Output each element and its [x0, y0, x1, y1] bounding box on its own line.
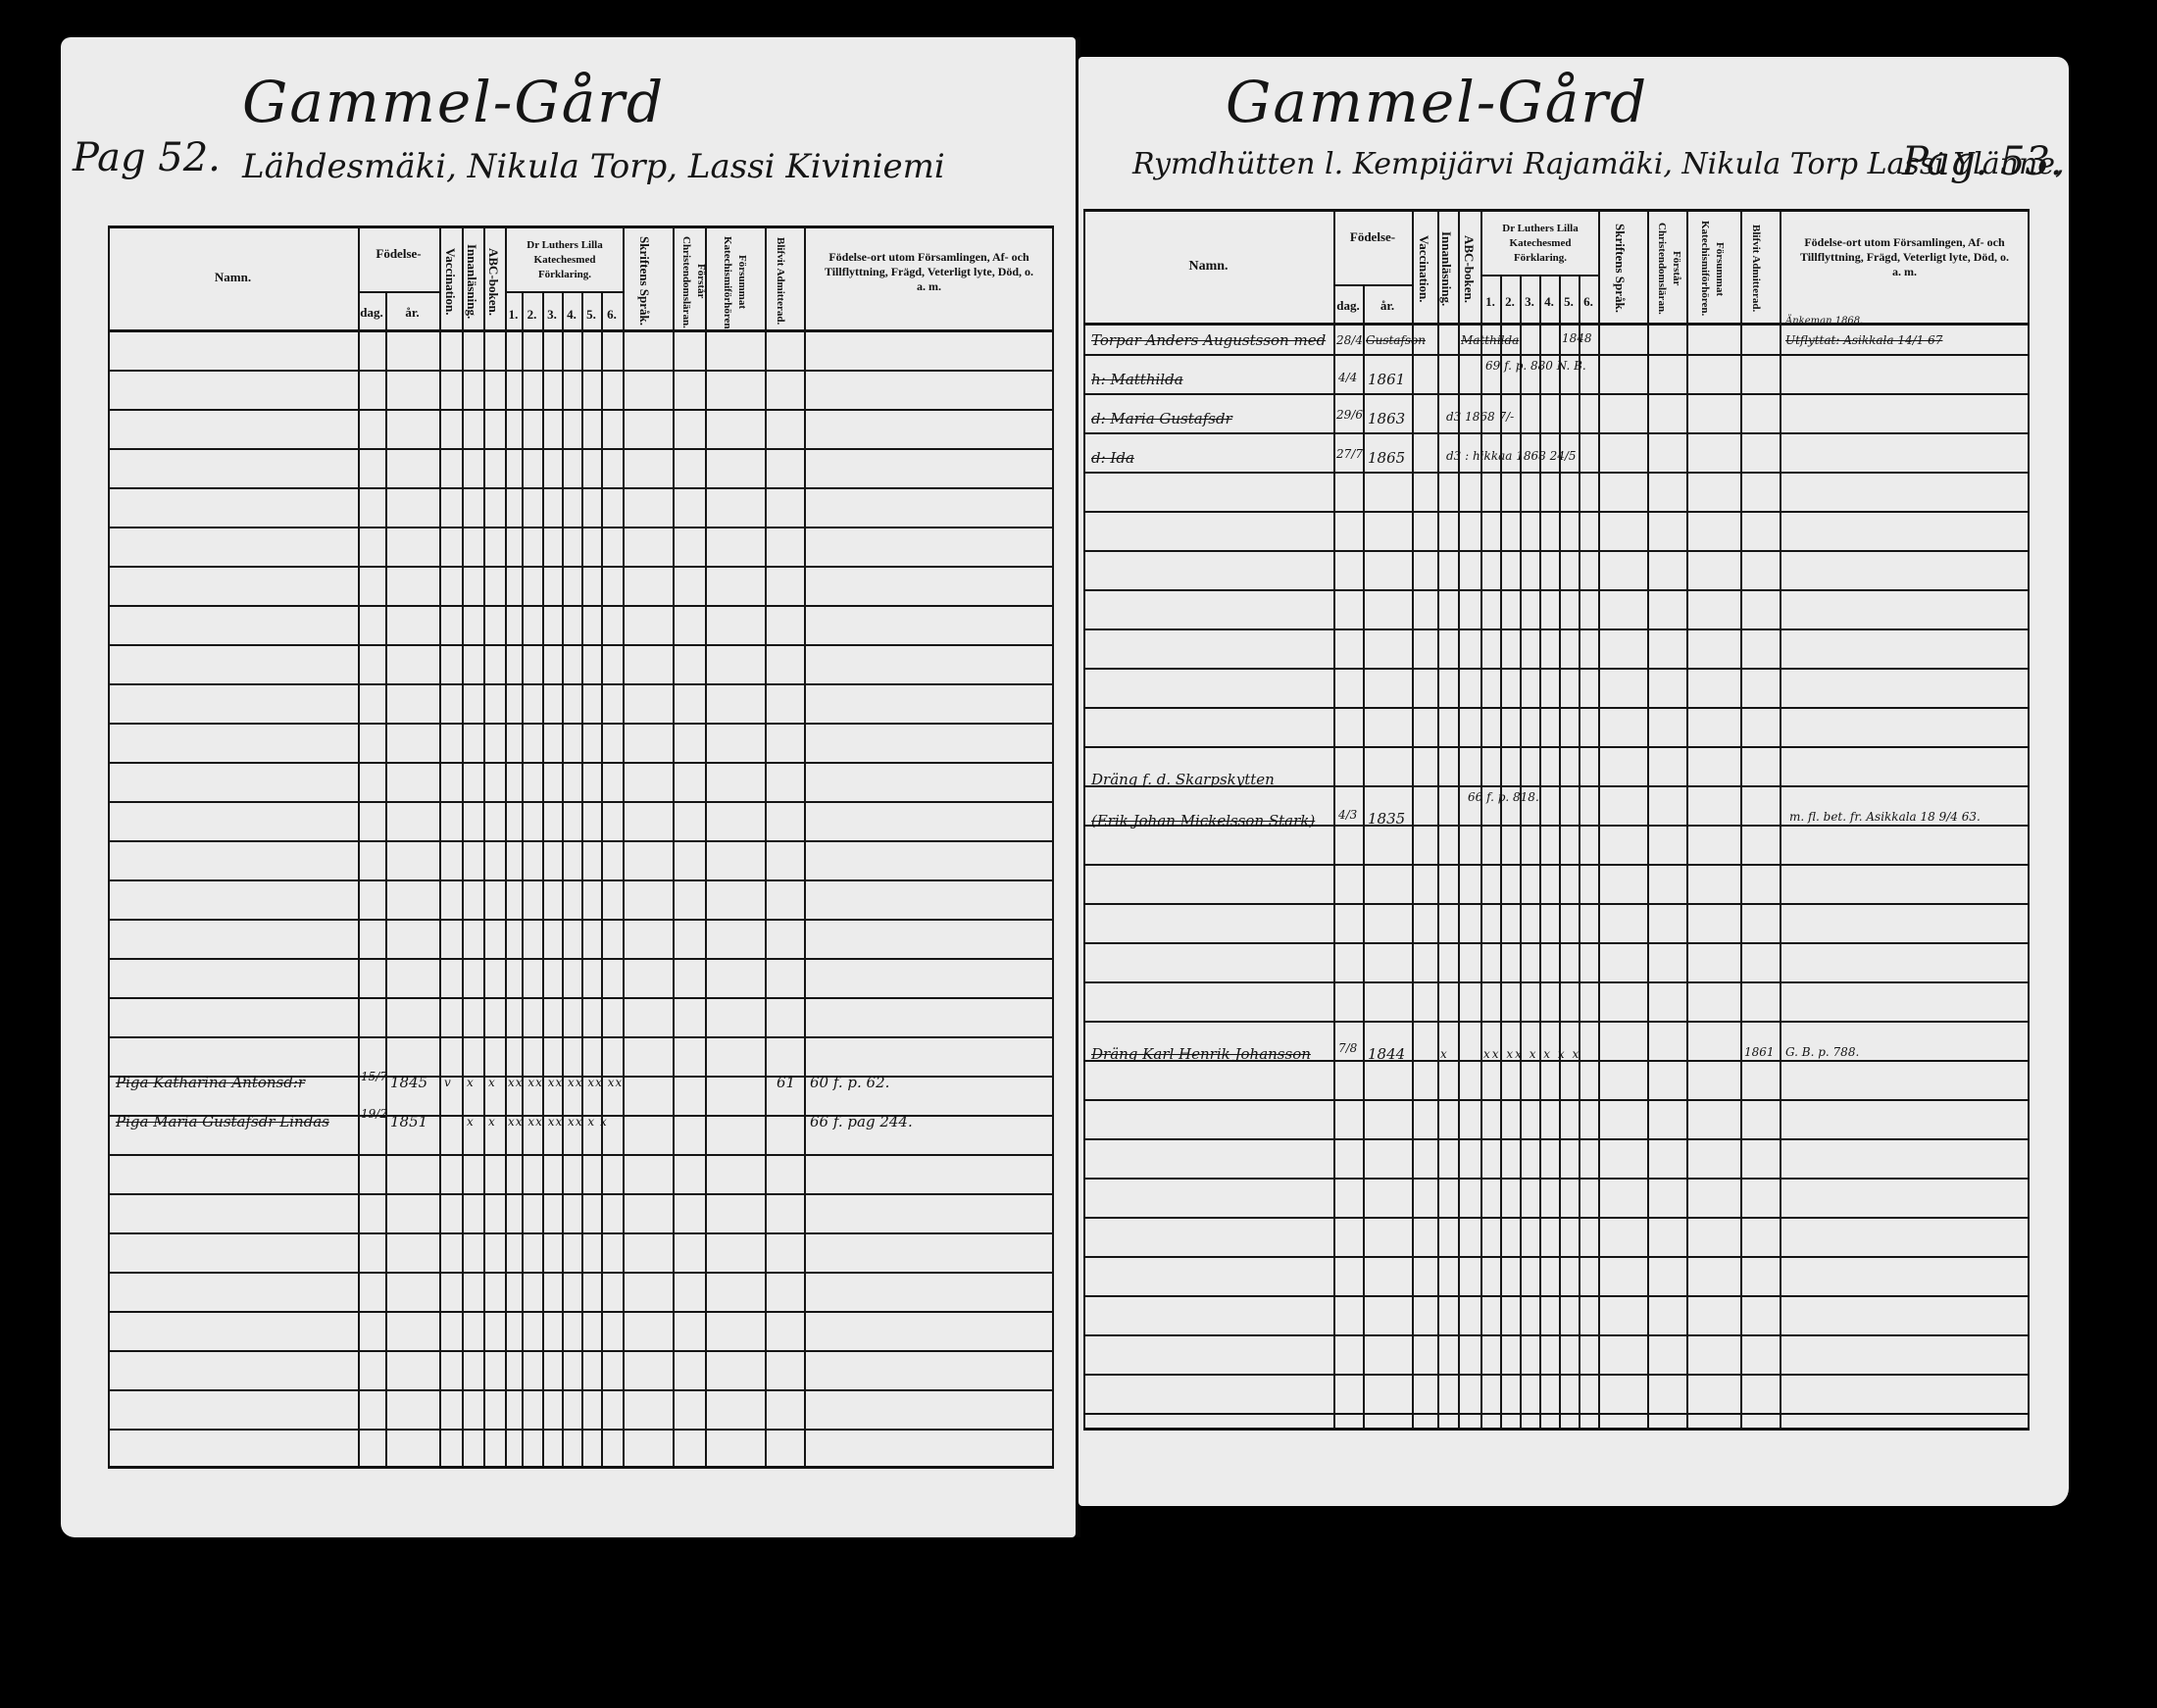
header-namn: Namn. — [1083, 259, 1333, 274]
header-forsar: Förstår Christendomsläran. — [678, 236, 708, 327]
header-namn: Namn. — [108, 270, 358, 284]
row-rule — [108, 879, 1054, 881]
entry-ar: 1844 — [1368, 1045, 1405, 1063]
header-cat-3: 3. — [1520, 294, 1539, 309]
row-rule — [1083, 472, 2030, 474]
row-rule — [1083, 1374, 2030, 1376]
header-blifvit: Blifvit Admitterad. — [1748, 220, 1763, 318]
entry-name: h: Matthilda — [1091, 371, 1183, 388]
entry-innanl: x — [467, 1115, 474, 1129]
entry-catechism: xx xx x x x x — [1483, 1047, 1580, 1061]
entry-note: 66 f. pag 244. — [810, 1113, 913, 1130]
entry-name: Piga Katharina Antonsd:r — [116, 1074, 305, 1091]
entry-dag: 15/7 — [361, 1070, 387, 1083]
row-rule — [108, 409, 1054, 411]
row-rule — [108, 1272, 1054, 1274]
header-luther: Dr Luthers Lilla Katechesmed Förklaring. — [507, 238, 623, 282]
row-rule — [108, 1232, 1054, 1234]
row-rule — [1083, 1217, 2030, 1219]
entry-note: 60 f. p. 62. — [810, 1074, 889, 1091]
row-rule — [108, 683, 1054, 685]
entry-catechism: 66 f. p. 818. — [1468, 790, 1539, 804]
row-rule — [1083, 864, 2030, 866]
row-rule — [108, 448, 1054, 450]
left-page-number: Pag 52. — [73, 135, 221, 180]
row-rule — [108, 1193, 1054, 1195]
header-cat-4: 4. — [562, 307, 581, 322]
row-rule — [1083, 1138, 2030, 1140]
entry-vacc: x — [1440, 1047, 1447, 1061]
right-page-number: Pag. 53. — [1902, 139, 2063, 184]
row-rule — [1083, 981, 2030, 983]
entry-ar: 1861 — [1368, 371, 1405, 388]
fodelse-subdivider — [1333, 284, 1412, 286]
entry-ar: 1863 — [1368, 410, 1405, 427]
header-dag: dag. — [358, 305, 385, 320]
row-rule — [108, 566, 1054, 568]
row-rule — [1083, 942, 2030, 944]
entry-dag: 4/3 — [1338, 808, 1357, 822]
row-rule — [1083, 903, 2030, 905]
entry-name: Dräng f. d. Skarpskytten — [1091, 771, 1275, 788]
right-page: Gammel-Gård Rymdhütten l. Kempijärvi Raj… — [1078, 57, 2069, 1506]
left-page-title: Gammel-Gård — [242, 69, 665, 135]
entry-catechism: xx xx xx xx x x — [508, 1115, 608, 1129]
entry-catechism: d3 1868 7/- — [1446, 410, 1514, 424]
header-skrift: Skriftens Språk. — [1613, 220, 1628, 318]
header-cat-6: 6. — [1579, 294, 1598, 309]
row-rule — [1083, 1099, 2030, 1101]
entry-name: (Erik Johan Mickelsson Stark) — [1091, 812, 1315, 829]
row-rule — [108, 370, 1054, 372]
row-rule — [1083, 746, 2030, 748]
row-rule — [108, 919, 1054, 921]
header-cat-3: 3. — [542, 307, 562, 322]
header-divider — [1083, 323, 2030, 326]
row-rule — [108, 958, 1054, 960]
entry-note: m. fl. bet. fr. Asikkala 18 9/4 63. — [1789, 810, 1981, 824]
header-skrift: Skriftens Språk. — [637, 236, 652, 327]
header-cat-1: 1. — [1480, 294, 1500, 309]
entry-blifvit: 61 — [777, 1074, 795, 1091]
row-rule — [108, 1036, 1054, 1038]
header-innanlasning: Innanläsning. — [1439, 220, 1454, 318]
entry-name: d: Ida — [1091, 449, 1134, 467]
row-rule — [1083, 432, 2030, 434]
header-dag: dag. — [1333, 298, 1363, 313]
header-forsar: Förstår Christendomsläran. — [1654, 220, 1683, 318]
entry-catechism: Matthilda — [1461, 333, 1519, 347]
header-cat-5: 5. — [581, 307, 601, 322]
header-luther: Dr Luthers Lilla Katechesmed Förklaring. — [1482, 222, 1598, 266]
entry-name: Torpar Anders Augustsson med — [1091, 331, 1326, 349]
entry-ar: 1865 — [1368, 449, 1405, 467]
entry-name: d: Maria Gustafsdr — [1091, 410, 1232, 427]
left-register-table: Namn. Födelse- dag. år. Vaccination. Inn… — [108, 226, 1054, 1469]
header-cat-1: 1. — [505, 307, 522, 322]
header-vaccination: Vaccination. — [443, 236, 458, 327]
entry-note-top: Änkeman 1868. — [1785, 316, 1863, 327]
entry-dag: 19/2 — [361, 1107, 387, 1121]
left-page-subtitle: Lähdesmäki, Nikula Torp, Lassi Kiviniemi — [242, 147, 945, 186]
header-forsummat: Försummat Katechismiförhören. — [1697, 220, 1727, 318]
row-rule — [1083, 550, 2030, 552]
row-rule — [108, 840, 1054, 842]
row-rule — [108, 801, 1054, 803]
entry-dag: 27/7 — [1336, 447, 1363, 461]
header-vaccination: Vaccination. — [1417, 220, 1431, 318]
row-rule — [1083, 628, 2030, 630]
entry-blifvit: 1861 — [1744, 1045, 1775, 1059]
entry-ar: Gustafson — [1366, 333, 1426, 347]
row-rule — [108, 487, 1054, 489]
row-rule — [108, 1311, 1054, 1313]
row-rule — [1083, 707, 2030, 709]
row-rule — [108, 1429, 1054, 1431]
row-rule — [1083, 1178, 2030, 1180]
entry-dag: 7/8 — [1338, 1041, 1357, 1055]
row-rule — [108, 762, 1054, 764]
header-notes: Födelse-ort utom Församlingen, Af- och T… — [819, 250, 1039, 294]
row-rule — [1083, 1334, 2030, 1336]
row-rule — [1083, 589, 2030, 591]
row-rule — [1083, 1413, 2030, 1415]
entry-name: Dräng Karl Henrik Johansson — [1091, 1045, 1311, 1063]
entry-name: Piga Maria Gustafsdr Lindas — [116, 1113, 329, 1130]
entry-abc: x — [488, 1115, 495, 1129]
entry-note: G. B. p. 788. — [1785, 1045, 1859, 1059]
row-rule — [1083, 393, 2030, 395]
header-notes: Födelse-ort utom Församlingen, Af- och T… — [1794, 235, 2015, 279]
entry-abc: x — [488, 1076, 495, 1089]
entry-ar: 1851 — [390, 1113, 427, 1130]
header-blifvit: Blifvit Admitterad. — [773, 236, 787, 327]
entry-innanl: x — [467, 1076, 474, 1089]
header-cat-5: 5. — [1559, 294, 1579, 309]
header-ar: år. — [385, 305, 439, 320]
header-ar: år. — [1363, 298, 1412, 313]
entry-catechism: xx xx xx xx xx xx — [508, 1076, 623, 1089]
entry-catechism: 69 f. p. 880 N. B. — [1485, 359, 1586, 373]
row-rule — [1083, 354, 2030, 356]
row-rule — [108, 644, 1054, 646]
entry-ar: 1845 — [390, 1074, 427, 1091]
row-rule — [1083, 511, 2030, 513]
header-forsummat: Försummat Katechismiförhören. — [720, 236, 749, 327]
entry-vacc: v — [444, 1076, 451, 1089]
row-rule — [1083, 668, 2030, 670]
header-fodelse: Födelse- — [358, 246, 439, 261]
left-page: Gammel-Gård Pag 52. Lähdesmäki, Nikula T… — [61, 37, 1076, 1537]
row-rule — [1083, 1256, 2030, 1258]
entry-extra: 1848 — [1562, 331, 1592, 345]
header-innanlasning: Innanläsning. — [465, 236, 479, 327]
entry-note: Utflyttat: Asikkala 14/1 67 — [1785, 333, 1942, 347]
row-rule — [108, 1154, 1054, 1156]
entry-dag: 28/4 — [1336, 333, 1363, 347]
header-cat-4: 4. — [1539, 294, 1559, 309]
entry-dag: 4/4 — [1338, 371, 1357, 384]
header-cat-6: 6. — [601, 307, 623, 322]
row-rule — [108, 527, 1054, 528]
row-rule — [108, 723, 1054, 725]
header-fodelse: Födelse- — [1333, 229, 1412, 244]
row-rule — [1083, 1295, 2030, 1297]
header-cat-2: 2. — [522, 307, 542, 322]
header-abc: ABC-boken. — [1462, 220, 1477, 318]
right-register-table: Namn. Födelse- dag. år. Vaccination. Inn… — [1083, 209, 2030, 1431]
fodelse-subdivider — [358, 291, 439, 293]
row-rule — [108, 997, 1054, 999]
header-abc: ABC-boken. — [486, 236, 501, 327]
row-rule — [108, 1389, 1054, 1391]
row-rule — [1083, 1021, 2030, 1023]
right-page-title: Gammel-Gård — [1226, 69, 1648, 135]
entry-catechism: d3 : hikkaa 1868 24/5 — [1446, 449, 1577, 463]
row-rule — [108, 605, 1054, 607]
header-cat-2: 2. — [1500, 294, 1520, 309]
entry-dag: 29/6 — [1336, 408, 1363, 422]
row-rule — [108, 1350, 1054, 1352]
entry-ar: 1835 — [1368, 810, 1405, 828]
